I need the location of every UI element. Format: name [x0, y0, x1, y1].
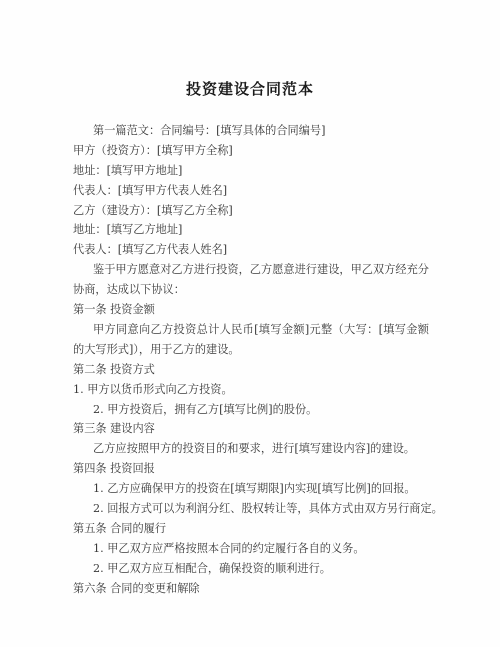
article-3-paragraph: 乙方应按照甲方的投资目的和要求，进行[填写建设内容]的建设。	[73, 439, 429, 459]
document-body: 第一篇范文：合同编号：[填写具体的合同编号] 甲方（投资方）：[填写甲方全称] …	[73, 121, 429, 598]
article-5-heading: 第五条 合同的履行	[73, 519, 429, 539]
party-a-representative-line: 代表人：[填写甲方代表人姓名]	[73, 181, 429, 201]
article-4-item-1: 1. 乙方应确保甲方的投资在[填写期限]内实现[填写比例]的回报。	[73, 479, 429, 499]
party-b-address-line: 地址：[填写乙方地址]	[73, 220, 429, 240]
article-2-heading: 第二条 投资方式	[73, 360, 429, 380]
document-page: 投资建设合同范本 第一篇范文：合同编号：[填写具体的合同编号] 甲方（投资方）：…	[0, 0, 500, 647]
preamble-paragraph: 鉴于甲方愿意对乙方进行投资，乙方愿意进行建设，甲乙双方经充分协商，达成以下协议：	[73, 260, 429, 300]
article-1-paragraph: 甲方同意向乙方投资总计人民币[填写金额]元整（大写：[填写金额的大写形式]），用…	[73, 320, 429, 360]
article-3-heading: 第三条 建设内容	[73, 419, 429, 439]
article-5-item-1: 1. 甲乙双方应严格按照本合同的约定履行各自的义务。	[73, 539, 429, 559]
article-2-item-2: 2. 甲方投资后，拥有乙方[填写比例]的股份。	[73, 400, 429, 420]
article-1-heading: 第一条 投资金额	[73, 300, 429, 320]
contract-number-line: 第一篇范文：合同编号：[填写具体的合同编号]	[73, 121, 429, 141]
article-5-item-2: 2. 甲乙双方应互相配合，确保投资的顺利进行。	[73, 559, 429, 579]
party-a-name-line: 甲方（投资方）：[填写甲方全称]	[73, 141, 429, 161]
article-4-item-2: 2. 回报方式可以为利润分红、股权转让等，具体方式由双方另行商定。	[73, 499, 429, 519]
party-b-representative-line: 代表人：[填写乙方代表人姓名]	[73, 240, 429, 260]
document-title: 投资建设合同范本	[0, 78, 500, 99]
article-2-item-1: 1. 甲方以货币形式向乙方投资。	[73, 380, 429, 400]
article-4-heading: 第四条 投资回报	[73, 459, 429, 479]
party-b-name-line: 乙方（建设方）：[填写乙方全称]	[73, 201, 429, 221]
article-6-heading: 第六条 合同的变更和解除	[73, 579, 429, 599]
party-a-address-line: 地址：[填写甲方地址]	[73, 161, 429, 181]
